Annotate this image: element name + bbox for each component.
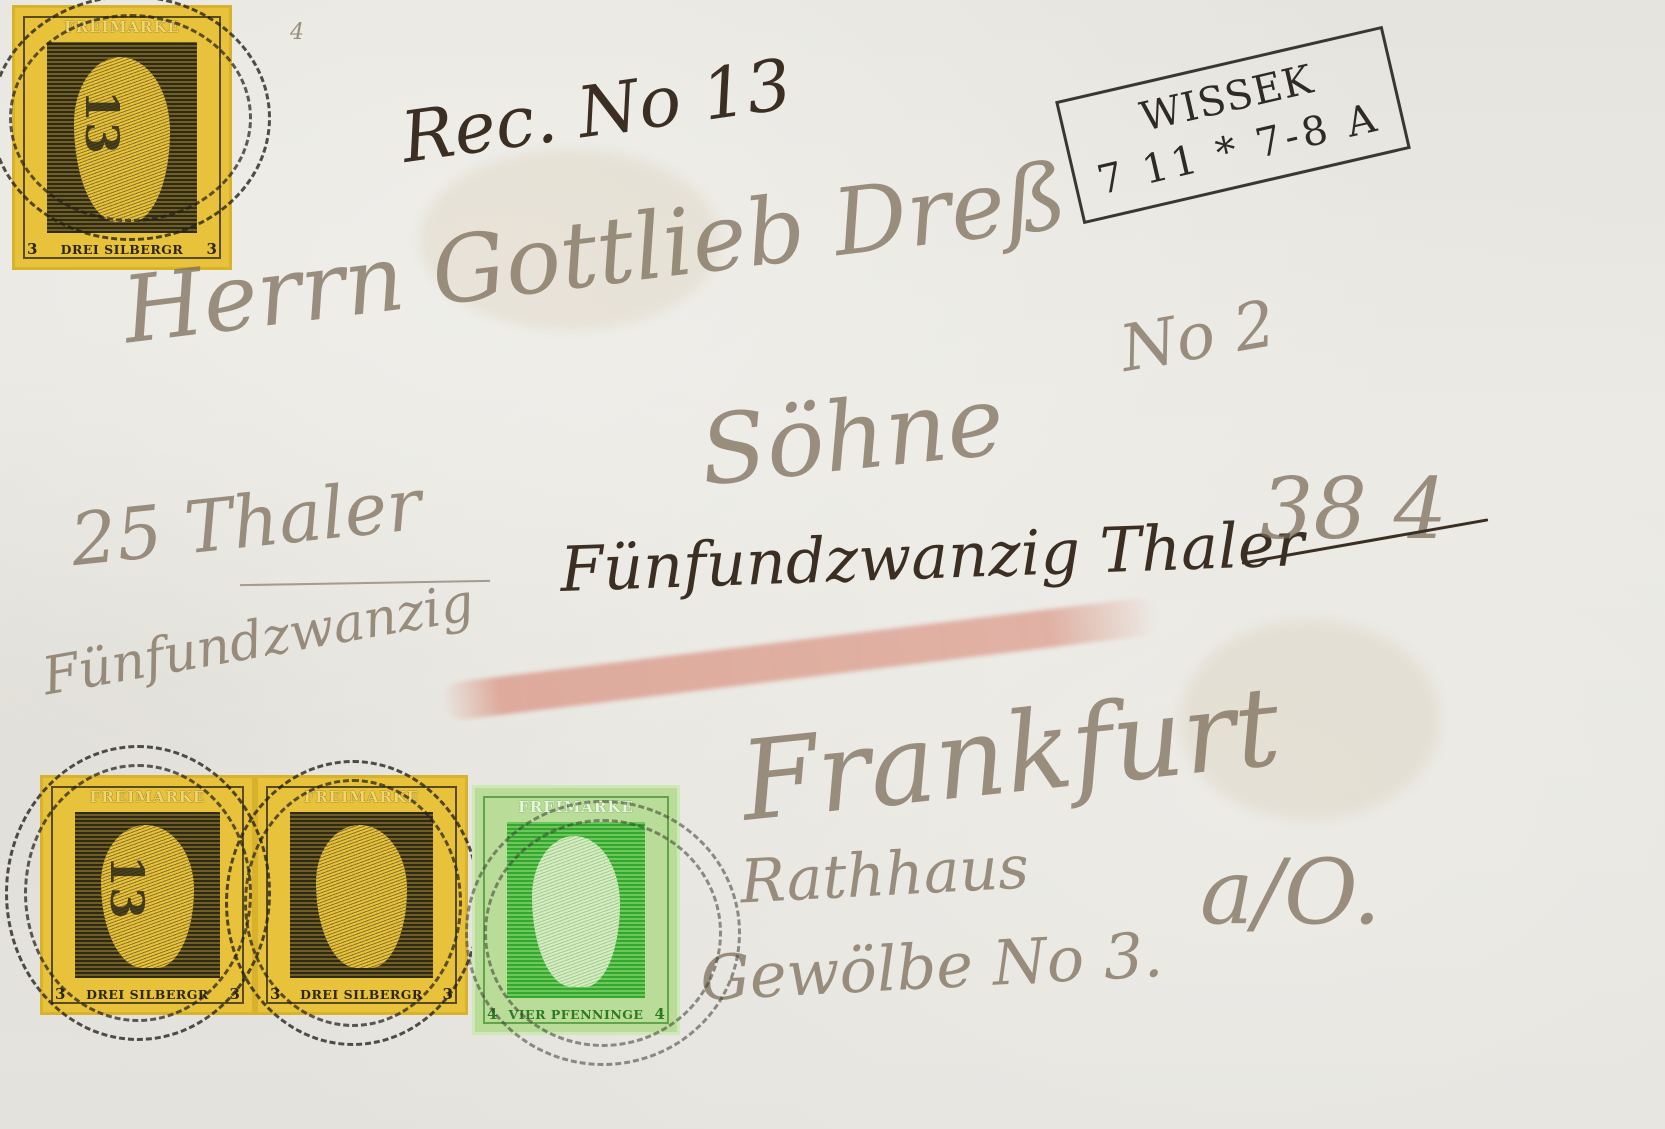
stamp-top-label: FREIMARKE [43,788,252,806]
boxed-postmark: WISSEK 7 11 * 7-8 A [1055,26,1411,224]
stamp-value-label: 3 DREI SILBERGR 3 [258,985,465,1003]
envelope: FREIMARKE 3 DREI SILBERGR 3 13 WISSEK 7 … [0,0,1665,1129]
amount-words: Fünfundzwanzig Thaler [559,507,1305,606]
addressee-line2: Söhne [695,364,1009,507]
king-portrait-icon [316,825,408,968]
vault-address: Gewölbe No 3. [698,918,1164,1015]
stamp-value-label: 3 DREI SILBERGR 3 [43,985,252,1003]
stamp-value-text: DREI SILBERGR [300,987,423,1002]
suffix-line: a/O. [1200,840,1381,945]
pencil-mark: 4 [290,20,304,45]
city: Frankfurt [735,662,1286,846]
stamp-bottom-green: FREIMARKE 4 VIER PFENNINGE 4 [472,785,680,1035]
stamp-value-right: 4 [655,1005,665,1023]
number-note: No 2 [1115,287,1281,387]
street: Rathhaus [738,832,1030,917]
stamp-top-label: FREIMARKE [258,788,465,806]
stamp-value-left: 3 [270,985,280,1003]
cancel-number: 13 [75,90,129,154]
stamp-bottom-pair-right: FREIMARKE 3 DREI SILBERGR 3 [255,775,468,1015]
stamp-value-label: 4 VIER PFENNINGE 4 [475,1005,677,1023]
king-portrait-icon [532,836,620,987]
stamp-top-label: FREIMARKE [475,798,677,816]
stamp-top-label: FREIMARKE [15,18,229,36]
stamp-center-panel [507,822,645,998]
stamp-center-panel [290,812,433,978]
amount-numeric: 25 Thaler [67,462,426,582]
stamp-value-text: DREI SILBERGR [86,987,209,1002]
stamp-value-right: 3 [230,985,240,1003]
cancel-number: 13 [100,855,154,919]
stamp-value-left: 4 [487,1005,497,1023]
stamp-value-left: 3 [27,240,37,258]
stamp-value-text: VIER PFENNINGE [509,1007,644,1022]
stamp-value-left: 3 [55,985,65,1003]
stamp-value-right: 3 [443,985,453,1003]
amount-words-faded: Fünfundzwanzig [38,573,478,708]
